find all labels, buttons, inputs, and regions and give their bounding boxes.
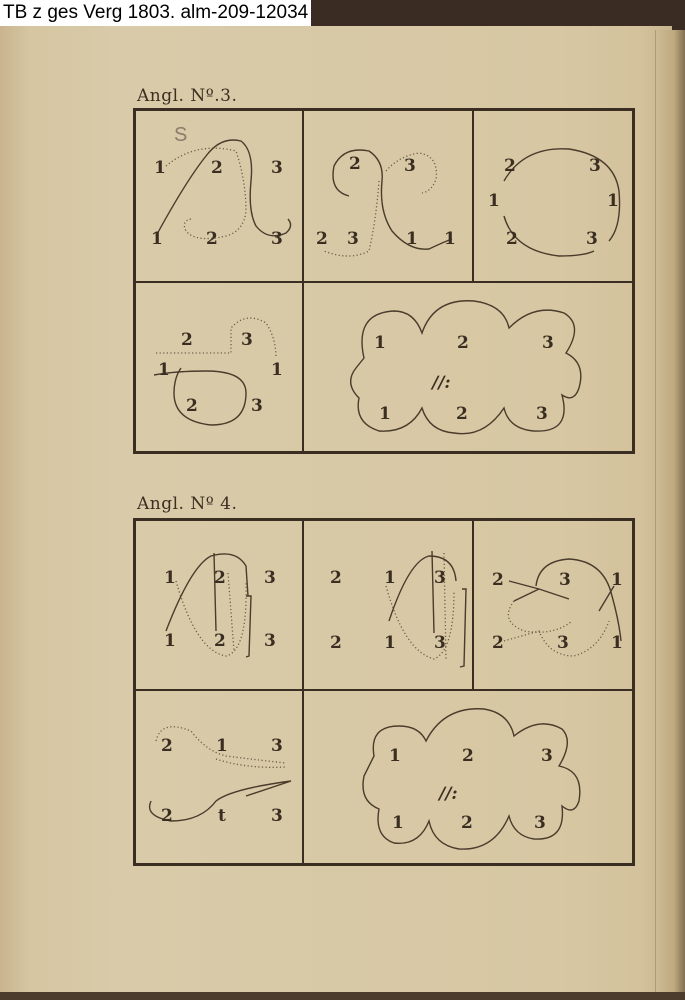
svg-text:2: 2 (211, 158, 223, 178)
plate-angl-3: S 1 2 3 1 2 3 2 3 2 3 1 1 2 3 (133, 108, 635, 454)
figure-cell: 1 2 3 1 2 3 (135, 520, 303, 690)
svg-text:1: 1 (164, 631, 176, 651)
svg-text:3: 3 (271, 229, 283, 249)
image-caption: TB z ges Verg 1803. alm-209-12034 (0, 0, 311, 26)
svg-text:2: 2 (506, 229, 518, 249)
svg-text:2: 2 (349, 154, 361, 174)
svg-text:3: 3 (542, 333, 554, 353)
svg-text:3: 3 (536, 404, 548, 424)
svg-text:3: 3 (251, 396, 263, 416)
figure-cell: S 1 2 3 1 2 3 (135, 110, 303, 282)
svg-text:3: 3 (404, 156, 416, 176)
plate-angl-4: 1 2 3 1 2 3 2 1 3 2 1 3 (133, 518, 635, 866)
svg-text:1: 1 (611, 633, 623, 653)
svg-text:3: 3 (586, 229, 598, 249)
svg-text:2: 2 (316, 229, 328, 249)
svg-text:1: 1 (374, 333, 386, 353)
svg-text:1: 1 (151, 229, 163, 249)
svg-text:3: 3 (264, 568, 276, 588)
svg-text:3: 3 (589, 156, 601, 176)
figure-cell: 1 2 3 1 2 3 ∕∕: (303, 282, 633, 452)
figure-diagram: 2 3 1 1 2 3 (474, 111, 634, 283)
svg-text:3: 3 (264, 631, 276, 651)
svg-text:3: 3 (534, 813, 546, 833)
figure-diagram: 2 3 1 1 2 3 (136, 283, 304, 453)
svg-text:3: 3 (559, 570, 571, 590)
svg-text:1: 1 (389, 746, 401, 766)
svg-text:3: 3 (434, 633, 446, 653)
svg-text:2: 2 (214, 631, 226, 651)
svg-text:1: 1 (271, 360, 283, 380)
svg-text:2: 2 (161, 736, 173, 756)
svg-text:2: 2 (457, 333, 469, 353)
svg-text:1: 1 (607, 191, 619, 211)
svg-text:t: t (218, 806, 226, 826)
svg-text:2: 2 (330, 568, 342, 588)
svg-text:2: 2 (492, 633, 504, 653)
figure-diagram: 2 3 1 2 3 1 (474, 521, 634, 691)
figure-cell: 1 2 3 1 2 3 ∕∕: (303, 690, 633, 864)
svg-text:∕∕:: ∕∕: (437, 784, 458, 804)
svg-text:2: 2 (214, 568, 226, 588)
svg-text:1: 1 (384, 633, 396, 653)
svg-text:2: 2 (330, 633, 342, 653)
svg-text:1: 1 (158, 360, 170, 380)
page-bottom-shadow (0, 992, 685, 1000)
svg-text:1: 1 (216, 736, 228, 756)
svg-text:3: 3 (271, 736, 283, 756)
svg-text:2: 2 (461, 813, 473, 833)
section-heading-angl-3: Angl. Nº.3. (137, 86, 237, 106)
svg-text:2: 2 (492, 570, 504, 590)
svg-text:1: 1 (488, 191, 500, 211)
figure-diagram: 2 1 3 2 t 3 (136, 691, 304, 865)
svg-text:3: 3 (347, 229, 359, 249)
svg-text:3: 3 (557, 633, 569, 653)
svg-text:3: 3 (271, 158, 283, 178)
svg-text:2: 2 (181, 330, 193, 350)
figure-cell: 2 3 1 1 2 3 (135, 282, 303, 452)
figure-diagram: 1 2 3 1 2 3 (136, 521, 304, 691)
svg-text:2: 2 (456, 404, 468, 424)
figure-diagram: 2 1 3 2 1 3 (304, 521, 474, 691)
svg-text:3: 3 (241, 330, 253, 350)
svg-text:1: 1 (384, 568, 396, 588)
stamp-letter: S (174, 124, 187, 146)
svg-text:3: 3 (434, 568, 446, 588)
svg-text:∕∕:: ∕∕: (430, 373, 451, 393)
figure-diagram: S 1 2 3 1 2 3 (136, 111, 304, 283)
svg-text:3: 3 (271, 806, 283, 826)
figure-diagram: 1 2 3 1 2 3 ∕∕: (304, 283, 634, 453)
figure-cell: 2 1 3 2 1 3 (303, 520, 473, 690)
figure-cell: 2 3 1 2 3 1 (473, 520, 633, 690)
figure-diagram: 1 2 3 1 2 3 ∕∕: (304, 691, 634, 865)
figure-cell: 2 1 3 2 t 3 (135, 690, 303, 864)
figure-cell: 2 3 1 1 2 3 (473, 110, 633, 282)
svg-text:2: 2 (206, 229, 218, 249)
svg-text:1: 1 (164, 568, 176, 588)
svg-text:1: 1 (611, 570, 623, 590)
svg-text:3: 3 (541, 746, 553, 766)
svg-text:1: 1 (154, 158, 166, 178)
svg-text:1: 1 (406, 229, 418, 249)
figure-cell: 2 3 2 3 1 1 (303, 110, 473, 282)
figure-diagram: 2 3 2 3 1 1 (304, 111, 474, 283)
svg-text:2: 2 (186, 396, 198, 416)
svg-text:2: 2 (504, 156, 516, 176)
svg-text:1: 1 (392, 813, 404, 833)
svg-text:2: 2 (462, 746, 474, 766)
page-edge (655, 30, 685, 1000)
section-heading-angl-4: Angl. Nº 4. (137, 494, 237, 514)
svg-text:2: 2 (161, 806, 173, 826)
svg-text:1: 1 (444, 229, 456, 249)
svg-text:1: 1 (379, 404, 391, 424)
